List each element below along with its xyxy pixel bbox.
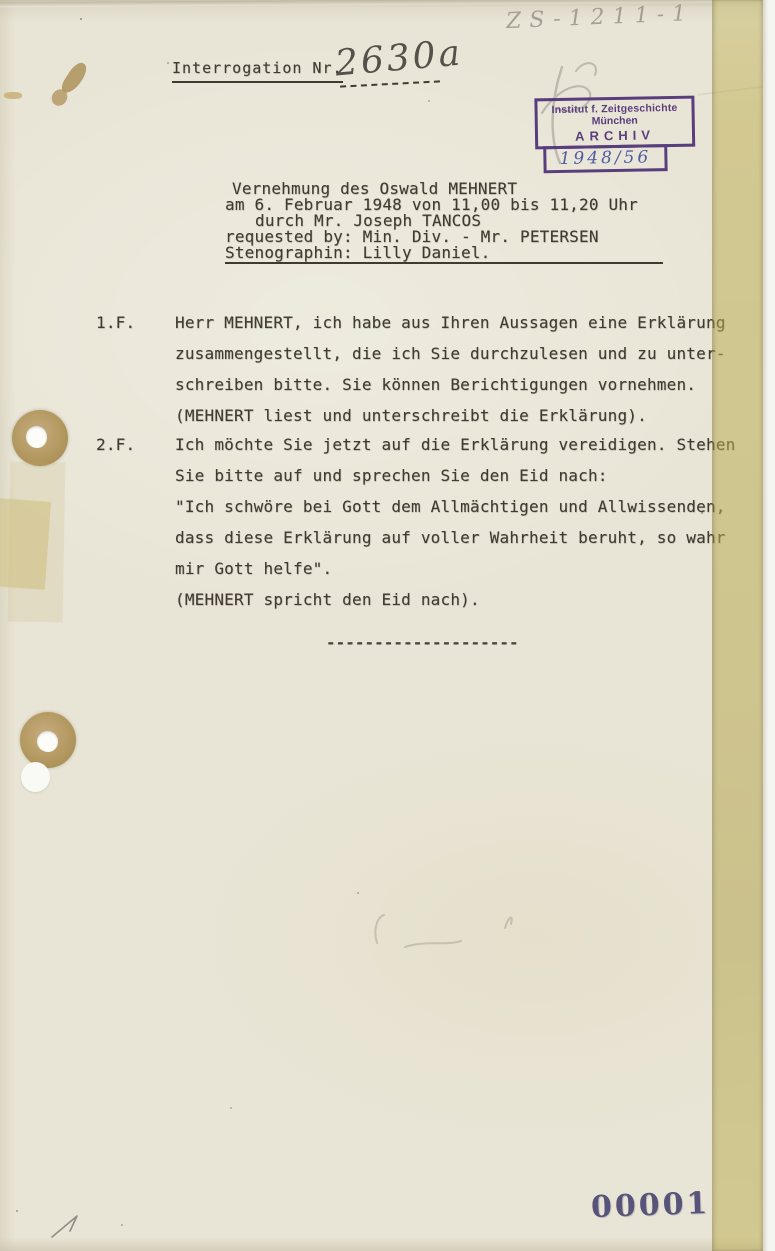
text-line: (MEHNERT liest und unterschreibt die Erk… bbox=[175, 400, 756, 431]
text-line: schreiben bitte. Sie können Berichtigung… bbox=[175, 369, 756, 400]
question-text: Ich möchte Sie jetzt auf die Erklärung v… bbox=[175, 429, 756, 615]
text-line: (MEHNERT spricht den Eid nach). bbox=[175, 584, 756, 615]
text-line: Ich möchte Sie jetzt auf die Erklärung v… bbox=[175, 429, 756, 460]
dust-specks bbox=[0, 0, 2, 2]
rust-stain bbox=[4, 92, 22, 99]
punch-hole bbox=[37, 731, 58, 752]
archive-stamp: Institut f. Zeitgeschichte München ARCHI… bbox=[534, 96, 695, 174]
question-label: 1.F. bbox=[96, 307, 135, 338]
scanned-interrogation-document: ZS-1211-1 Interrogation Nr. 2630a Instit… bbox=[0, 0, 775, 1251]
scan-edge bbox=[763, 0, 775, 1251]
text-line: dass diese Erklärung auf voller Wahrheit… bbox=[175, 522, 756, 553]
text-line: Sie bitte auf und sprechen Sie den Eid n… bbox=[175, 460, 756, 491]
punch-hole bbox=[26, 426, 47, 448]
stamp-archiv-line: ARCHIV bbox=[539, 127, 691, 145]
page-number-stamp: 00001 bbox=[590, 1186, 711, 1225]
typed-separator-line: -------------------- bbox=[326, 633, 519, 652]
document-title-row: Interrogation Nr. 2630a bbox=[172, 58, 343, 83]
pencil-squiggle bbox=[365, 905, 525, 960]
pencil-check-mark bbox=[48, 1210, 88, 1240]
tape-residue-patch bbox=[0, 498, 51, 589]
tape-strip bbox=[712, 0, 763, 1251]
archive-stamp-box: Institut f. Zeitgeschichte München ARCHI… bbox=[534, 96, 695, 150]
qa-block-1: 1.F. Herr MEHNERT, ich habe aus Ihren Au… bbox=[96, 307, 756, 431]
question-label: 2.F. bbox=[96, 429, 135, 460]
text-line: zusammengestellt, die ich Sie durchzules… bbox=[175, 338, 756, 369]
title-label: Interrogation Nr. bbox=[172, 59, 343, 83]
stamp-file-number: 1948/56 bbox=[543, 144, 667, 173]
punch-hole bbox=[21, 762, 50, 792]
interrogation-header: Vernehmung des Oswald MEHNERT am 6. Febr… bbox=[225, 181, 663, 264]
qa-block-2: 2.F. Ich möchte Sie jetzt auf die Erklär… bbox=[96, 429, 756, 615]
text-line: mir Gott helfe". bbox=[175, 553, 756, 584]
question-text: Herr MEHNERT, ich habe aus Ihren Aussage… bbox=[175, 307, 756, 431]
text-line: Herr MEHNERT, ich habe aus Ihren Aussage… bbox=[175, 307, 756, 338]
header-stenographer-line: Stenographin: Lilly Daniel. bbox=[225, 245, 663, 264]
text-line: "Ich schwöre bei Gott dem Allmächtigen u… bbox=[175, 491, 756, 522]
